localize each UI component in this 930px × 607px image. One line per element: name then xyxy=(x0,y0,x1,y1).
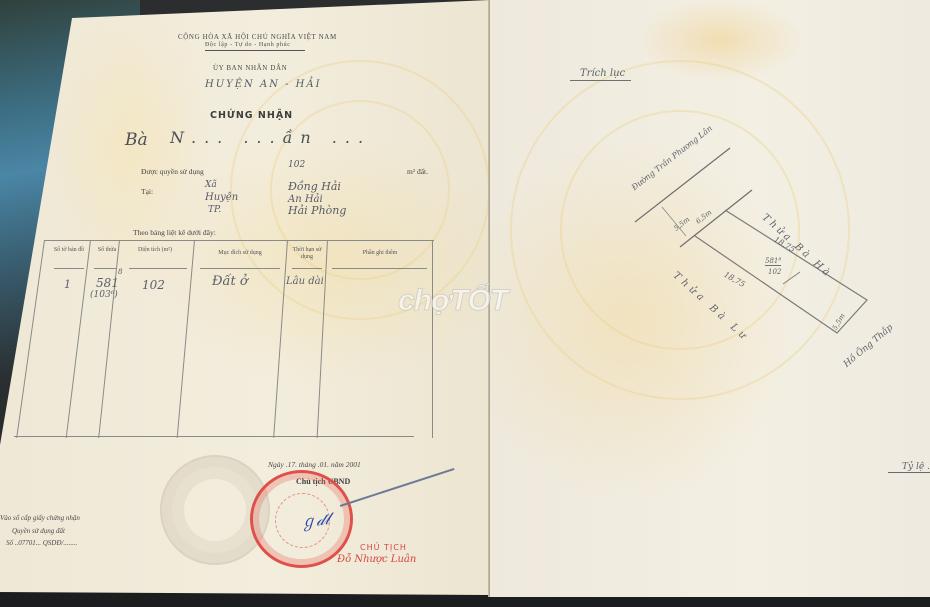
area-value: 102 xyxy=(288,160,305,170)
location-label: Tại: xyxy=(141,187,153,196)
table-border-bottom xyxy=(14,436,414,437)
scale-note: Tỷ lệ ... xyxy=(888,462,930,473)
header-underline xyxy=(292,268,322,269)
location-city-prefix: TP. xyxy=(208,205,221,215)
header-underline xyxy=(54,268,84,269)
holder-prefix: Bà xyxy=(125,130,148,150)
registry-label-2: Quyền sử dụng đất xyxy=(12,527,65,535)
header-underline xyxy=(332,268,427,269)
cell-area: 102 xyxy=(142,278,165,292)
usage-label: Được quyền sử dụng xyxy=(141,167,204,176)
certificate-title: CHỨNG NHẬN xyxy=(210,110,293,121)
table-col-line xyxy=(177,240,195,438)
stamp-name: Đỗ Nhược Luân xyxy=(337,554,416,565)
parcel-fraction-area: 102 xyxy=(768,268,781,276)
parcel-fraction-number: 581⁸ xyxy=(765,257,781,266)
issuer-name: ỦY BAN NHÂN DÂN xyxy=(213,64,287,72)
table-col-line xyxy=(273,240,288,438)
table-col-line xyxy=(66,240,91,438)
header-underline xyxy=(200,268,280,269)
col-header-purpose: Mục đích sử dụng xyxy=(200,250,280,257)
cell-map-sheet: 1 xyxy=(64,278,71,291)
stamp-title: CHỦ TỊCH xyxy=(360,543,407,552)
registry-number: Số ..07701... QSDĐ/........ xyxy=(6,539,77,547)
location-district-prefix: Huyện xyxy=(205,192,238,203)
national-header: CỘNG HÒA XÃ HỘI CHỦ NGHĨA VIỆT NAM xyxy=(178,33,337,41)
col-header-term: Thời hạn sử dụng xyxy=(290,247,324,261)
header-underline xyxy=(129,268,187,269)
cell-parcel-sup: 8 xyxy=(118,268,122,276)
parcel-table: Số tờ bản đồ Số thửa Diện tích (m²) Mục … xyxy=(14,238,434,438)
issue-date: Ngày .17. tháng .01. năm 2001 xyxy=(268,460,361,469)
area-unit: m² đất. xyxy=(407,167,428,176)
col-header-notes: Phần ghi thêm xyxy=(332,250,428,257)
holder-name: N... ...ần ... xyxy=(170,128,371,147)
cell-purpose: Đất ở xyxy=(212,274,248,289)
table-col-line xyxy=(98,240,120,438)
col-header-area: Diện tích (m²) xyxy=(129,247,181,254)
cell-parcel-no: 581 xyxy=(96,276,119,290)
location-city: Hải Phòng xyxy=(288,204,346,217)
district-name: HUYỆN AN - HẢI xyxy=(205,79,322,90)
table-col-line xyxy=(432,240,433,438)
national-motto: Độc lập - Tự do - Hạnh phúc xyxy=(205,42,305,51)
col-header-parcel-no: Số thửa xyxy=(94,247,120,254)
col-header-map-sheet: Số tờ bản đồ xyxy=(52,247,86,254)
signature-stroke xyxy=(340,468,455,507)
cell-parcel-sub: (103⁶) xyxy=(90,290,118,300)
cell-term: Lâu dài xyxy=(286,276,324,287)
header-underline xyxy=(94,268,116,269)
registry-label: Vào sổ cấp giấy chứng nhận xyxy=(0,514,80,522)
table-border-top xyxy=(44,240,434,241)
chotot-watermark: chợTỐT xyxy=(398,284,507,318)
parcel-sketch: Trích lục Đường Trần Phương Lân 5,5m 6,5… xyxy=(490,0,930,597)
signature: ℊ𝒹𝓁 xyxy=(299,506,331,533)
location-commune: Đồng Hải xyxy=(288,180,341,193)
table-intro: Theo bảng liệt kê dưới đây: xyxy=(133,228,216,237)
table-col-line xyxy=(317,240,328,438)
location-commune-prefix: Xã xyxy=(205,180,217,190)
